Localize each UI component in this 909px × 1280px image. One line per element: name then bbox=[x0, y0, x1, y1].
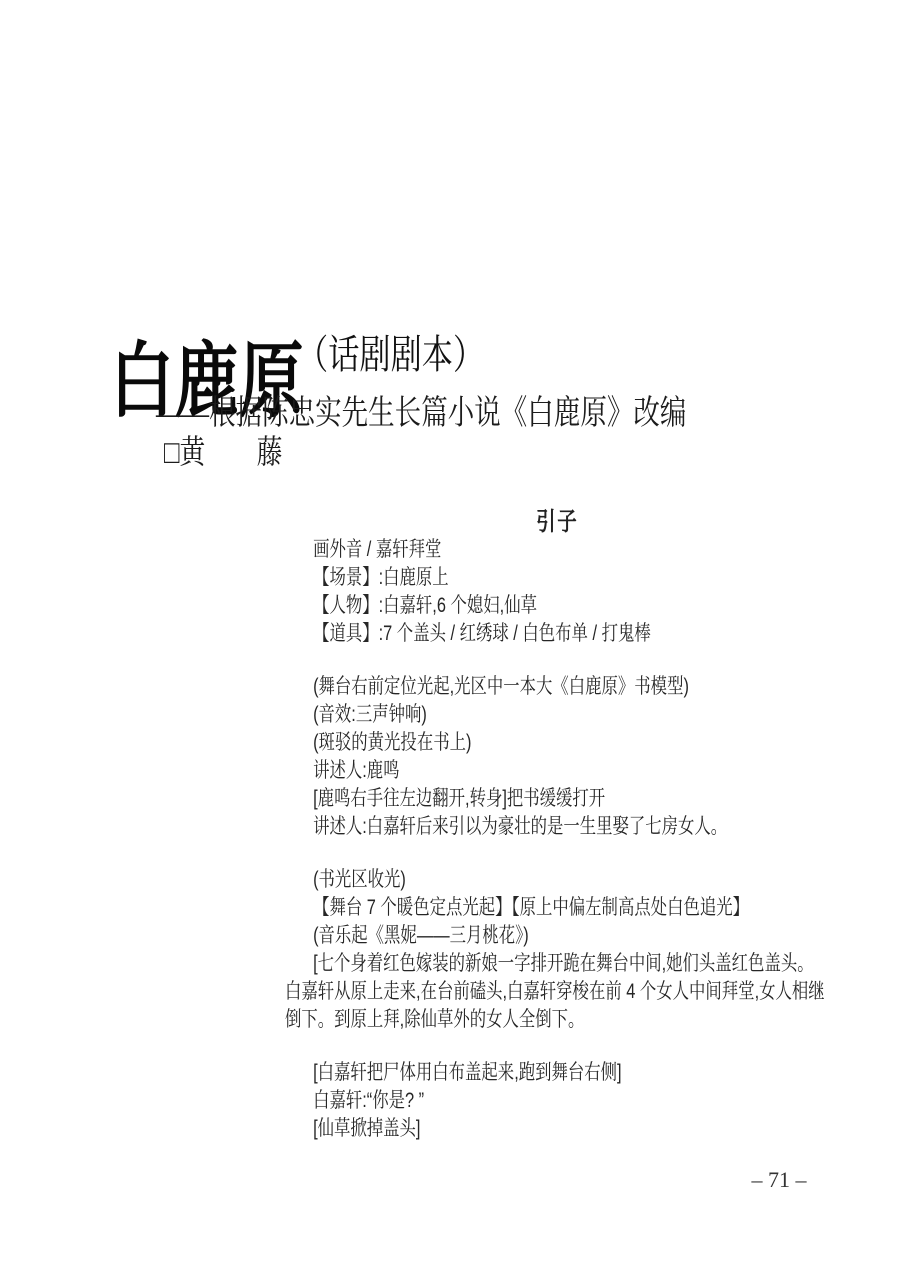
sound-cue-line: (音效:三声钟响) bbox=[285, 701, 829, 729]
narrator-name-line: 讲述人:鹿鸣 bbox=[285, 757, 829, 785]
voiceover-line: 画外音 / 嘉轩拜堂 bbox=[285, 536, 829, 564]
light-note-line: (斑驳的黄光投在书上) bbox=[285, 729, 829, 757]
stage-direction-paragraph: [七个身着红色嫁装的新娘一字排开跪在舞台中间,她们头盖红色盖头。白嘉轩从原上走来… bbox=[285, 950, 829, 1034]
dialogue-line: 白嘉轩:“你是? ” bbox=[285, 1087, 829, 1115]
music-cue-line: (音乐起《黑妮——三月桃花》) bbox=[285, 922, 829, 950]
characters-line: 【人物】:白嘉轩,6 个媳妇,仙草 bbox=[285, 592, 829, 620]
adaptation-subtitle: ——根据陈忠实先生长篇小说《白鹿原》改编 bbox=[156, 397, 686, 431]
scene-line: 【场景】:白鹿原上 bbox=[285, 564, 829, 592]
props-line: 【道具】:7 个盖头 / 红绣球 / 白色布单 / 打鬼棒 bbox=[285, 620, 829, 648]
page-number: – 71 – bbox=[729, 1167, 829, 1193]
narrator-dialogue-line: 讲述人:白嘉轩后来引以为豪壮的是一生里娶了七房女人。 bbox=[285, 813, 829, 841]
action-line: [鹿鸣右手往左边翻开,转身]把书缓缓打开 bbox=[285, 785, 829, 813]
light-cue-line: (舞台右前定位光起,光区中一本大《白鹿原》书模型) bbox=[285, 673, 829, 701]
transition-block: (书光区收光) 【舞台 7 个暖色定点光起】【原上中偏左制高点处白色追光】 (音… bbox=[285, 866, 829, 950]
opening-block: (舞台右前定位光起,光区中一本大《白鹿原》书模型) (音效:三声钟响) (斑驳的… bbox=[285, 673, 829, 841]
script-body: 引子 画外音 / 嘉轩拜堂 【场景】:白鹿原上 【人物】:白嘉轩,6 个媳妇,仙… bbox=[285, 508, 829, 1143]
author-byline: □黄 藤 bbox=[164, 437, 283, 470]
action-line-veil: [仙草掀掉盖头] bbox=[285, 1115, 829, 1143]
section-heading-prologue: 引子 bbox=[285, 508, 829, 536]
light-cues-line: 【舞台 7 个暖色定点光起】【原上中偏左制高点处白色追光】 bbox=[285, 894, 829, 922]
genre-label: （话剧剧本） bbox=[297, 335, 484, 375]
light-out-line: (书光区收光) bbox=[285, 866, 829, 894]
closing-block: [白嘉轩把尸体用白布盖起来,跑到舞台右侧] 白嘉轩:“你是? ” [仙草掀掉盖头… bbox=[285, 1059, 829, 1143]
scanned-script-page: 白鹿原 （话剧剧本） ——根据陈忠实先生长篇小说《白鹿原》改编 □黄 藤 引子 … bbox=[0, 0, 909, 1280]
action-line-cover: [白嘉轩把尸体用白布盖起来,跑到舞台右侧] bbox=[285, 1059, 829, 1087]
scene-meta-block: 画外音 / 嘉轩拜堂 【场景】:白鹿原上 【人物】:白嘉轩,6 个媳妇,仙草 【… bbox=[285, 536, 829, 648]
